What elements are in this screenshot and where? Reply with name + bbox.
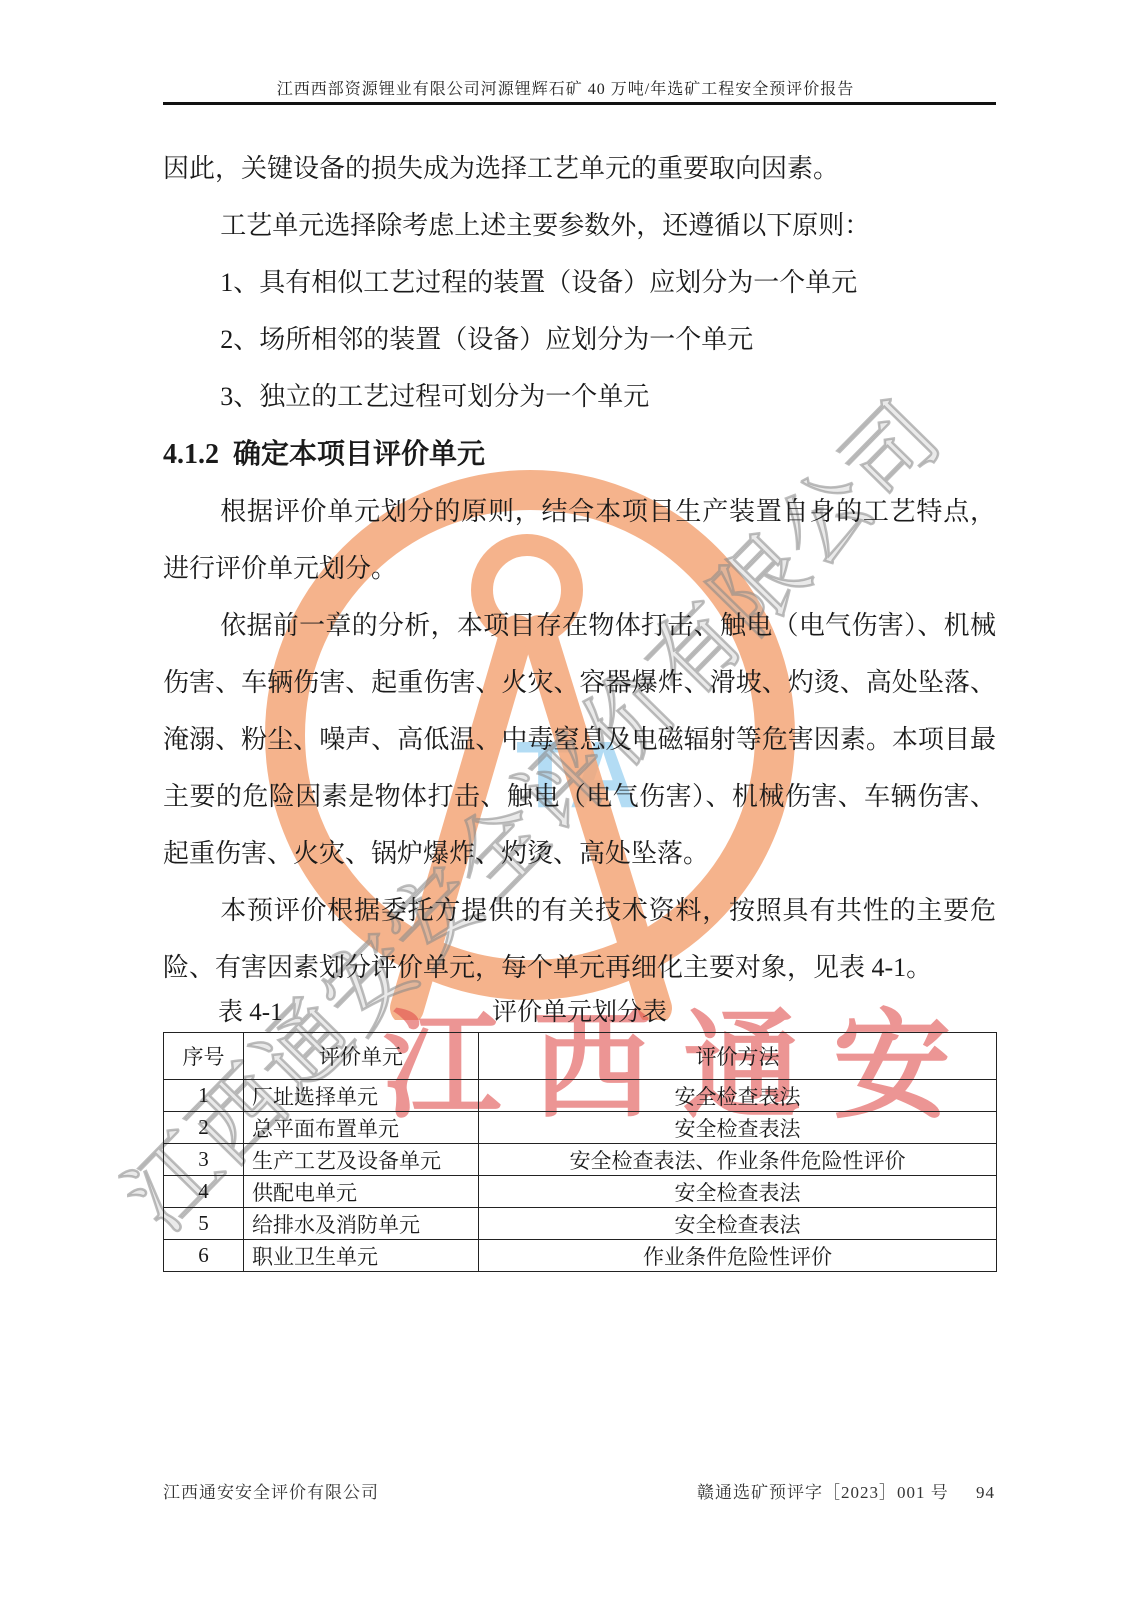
- cell-no: 1: [164, 1080, 244, 1112]
- footer-right: 赣通选矿预评字［2023］001 号 94: [697, 1478, 995, 1503]
- list-item-1: 1、具有相似工艺过程的装置（设备）应划分为一个单元: [163, 254, 996, 311]
- table-row: 6 职业卫生单元 作业条件危险性评价: [164, 1240, 997, 1272]
- cell-no: 2: [164, 1112, 244, 1144]
- cell-method: 作业条件危险性评价: [479, 1240, 997, 1272]
- cell-unit: 给排水及消防单元: [244, 1208, 479, 1240]
- footer-company: 江西通安安全评价有限公司: [163, 1478, 379, 1503]
- header-cell-no: 序号: [164, 1033, 244, 1080]
- cell-method: 安全检查表法、作业条件危险性评价: [479, 1144, 997, 1176]
- table-row: 3 生产工艺及设备单元 安全检查表法、作业条件危险性评价: [164, 1144, 997, 1176]
- cell-method: 安全检查表法: [479, 1080, 997, 1112]
- paragraph-principles-intro: 工艺单元选择除考虑上述主要参数外，还遵循以下原则：: [163, 197, 996, 254]
- paragraph-hazard-factors: 依据前一章的分析，本项目存在物体打击、触电（电气伤害）、机械伤害、车辆伤害、起重…: [163, 597, 996, 882]
- footer-doc-number: 赣通选矿预评字［2023］001 号: [697, 1483, 949, 1502]
- body-column: 因此，关键设备的损失成为选择工艺单元的重要取向因素。 工艺单元选择除考虑上述主要…: [163, 140, 996, 996]
- cell-method: 安全检查表法: [479, 1176, 997, 1208]
- table-caption: 表 4-1 评价单元划分表: [163, 995, 996, 1031]
- page-header-title: 江西西部资源锂业有限公司河源锂辉石矿 40 万吨/年选矿工程安全预评价报告: [0, 76, 1131, 99]
- table-row: 5 给排水及消防单元 安全检查表法: [164, 1208, 997, 1240]
- table-block: 表 4-1 评价单元划分表 序号 评价单元 评价方法: [163, 995, 996, 1272]
- cell-unit: 总平面布置单元: [244, 1112, 479, 1144]
- table-caption-title: 评价单元划分表: [492, 999, 667, 1026]
- page-content: 江西西部资源锂业有限公司河源锂辉石矿 40 万吨/年选矿工程安全预评价报告 因此…: [0, 0, 1131, 1600]
- section-heading-4-1-2: 4.1.2 确定本项目评价单元: [163, 425, 996, 483]
- section-number: 4.1.2: [163, 426, 219, 483]
- cell-unit: 厂址选择单元: [244, 1080, 479, 1112]
- cell-unit: 生产工艺及设备单元: [244, 1144, 479, 1176]
- header-cell-method: 评价方法: [479, 1033, 997, 1080]
- header-cell-unit: 评价单元: [244, 1033, 479, 1080]
- cell-no: 6: [164, 1240, 244, 1272]
- cell-unit: 供配电单元: [244, 1176, 479, 1208]
- paragraph-conclusion: 因此，关键设备的损失成为选择工艺单元的重要取向因素。: [163, 140, 996, 197]
- list-item-3: 3、独立的工艺过程可划分为一个单元: [163, 368, 996, 425]
- section-title: 确定本项目评价单元: [233, 425, 485, 482]
- table-row: 4 供配电单元 安全检查表法: [164, 1176, 997, 1208]
- cell-no: 5: [164, 1208, 244, 1240]
- list-item-2: 2、场所相邻的装置（设备）应划分为一个单元: [163, 311, 996, 368]
- paragraph-evaluation-basis: 本预评价根据委托方提供的有关技术资料，按照具有共性的主要危险、有害因素划分评价单…: [163, 882, 996, 996]
- cell-method: 安全检查表法: [479, 1208, 997, 1240]
- cell-no: 3: [164, 1144, 244, 1176]
- table-row: 1 厂址选择单元 安全检查表法: [164, 1080, 997, 1112]
- document-page: TA 江西通安安全评价有限公司 江西通安 江西西部资源锂业有限公司河源锂辉石矿 …: [0, 0, 1131, 1600]
- cell-method: 安全检查表法: [479, 1112, 997, 1144]
- cell-no: 4: [164, 1176, 244, 1208]
- cell-unit: 职业卫生单元: [244, 1240, 479, 1272]
- header-rule: [163, 102, 996, 105]
- table-row: 2 总平面布置单元 安全检查表法: [164, 1112, 997, 1144]
- paragraph-unit-division: 根据评价单元划分的原则，结合本项目生产装置自身的工艺特点，进行评价单元划分。: [163, 483, 996, 597]
- evaluation-unit-table: 序号 评价单元 评价方法 1 厂址选择单元 安全检查表法 2: [163, 1032, 997, 1272]
- table-header-row: 序号 评价单元 评价方法: [164, 1033, 997, 1080]
- footer-page-number: 94: [976, 1483, 995, 1502]
- table-caption-label: 表 4-1: [218, 995, 283, 1031]
